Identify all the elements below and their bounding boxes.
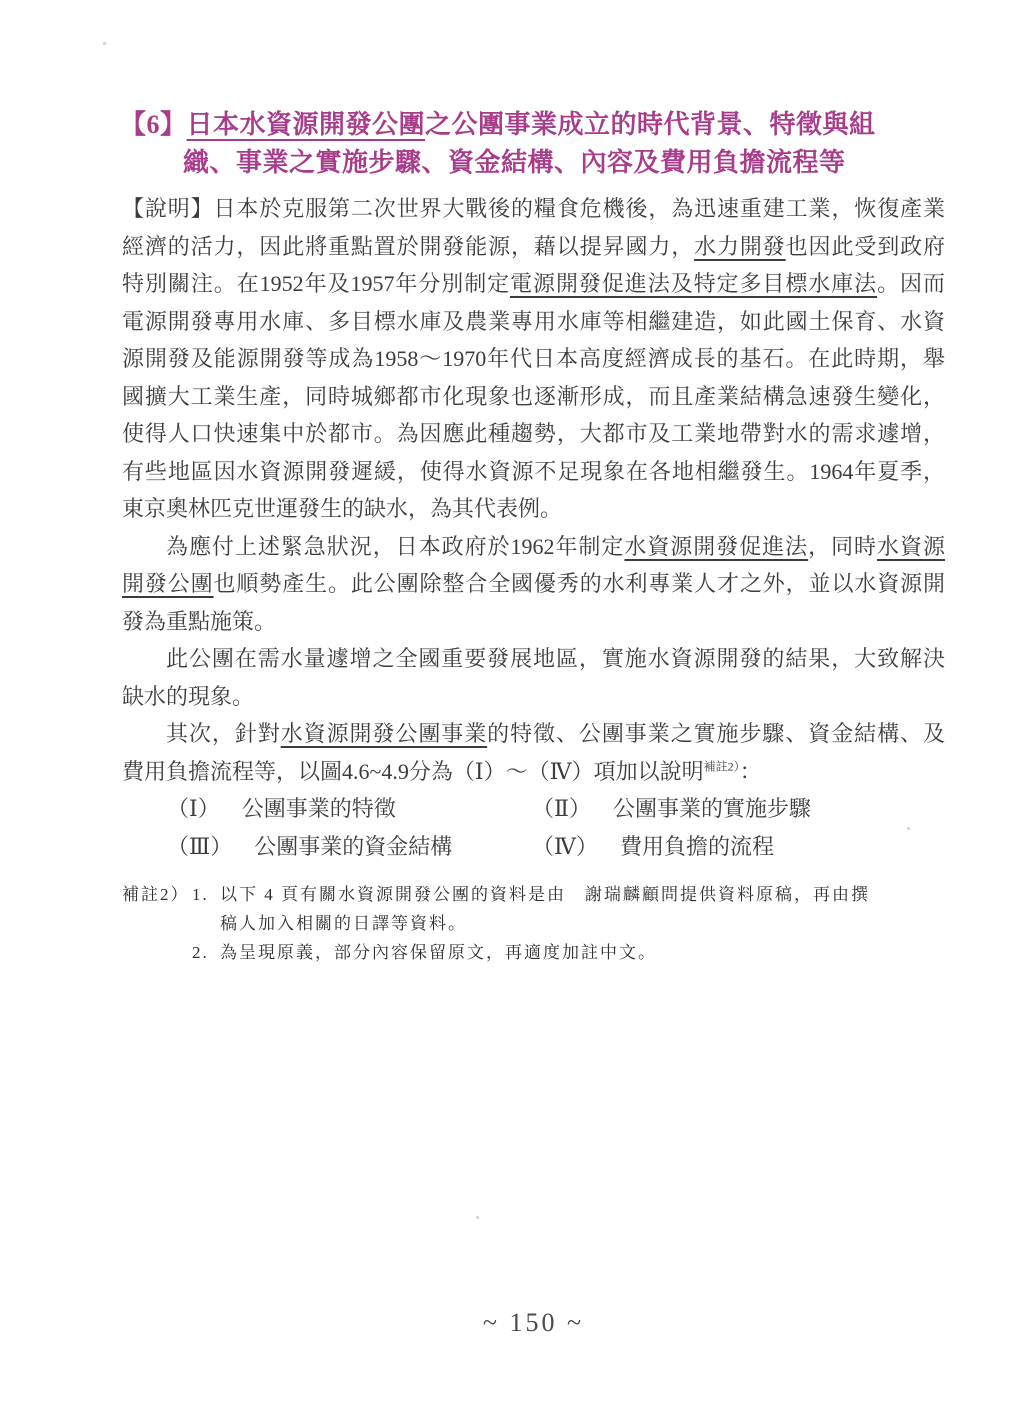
text-segment: 發為重點施策。 [122, 609, 276, 634]
text-segment: 缺水的現象。 [122, 684, 254, 709]
text-line: 東京奧林匹克世運發生的缺水，為其代表例。 [122, 490, 945, 528]
text-line: 有些地區因水資源開發遲緩，使得水資源不足現象在各地相繼發生。1964年夏季， [122, 453, 945, 491]
text-line: 【說明】日本於克服第二次世界大戰後的糧食危機後，為迅速重建工業，恢復產業 [122, 190, 945, 228]
text-line: 費用負擔流程等，以圖4.6~4.9分為（Ⅰ）～（Ⅳ）項加以說明補註2）： [122, 753, 945, 791]
footnote-item: 2. 為呈現原義，部分內容保留原文，再適度加註中文。 [192, 938, 962, 967]
text-line: 特別關注。在1952年及1957年分別制定電源開發促進法及特定多目標水庫法。因而 [122, 265, 945, 303]
footnote-line: 為呈現原義，部分內容保留原文，再適度加註中文。 [220, 938, 962, 967]
footnote-item-number: 2. [192, 938, 220, 967]
footnote-item: 1. 以下 4 頁有關水資源開發公團的資料是由 謝瑞麟顧問提供資料原稿，再由撰 … [192, 880, 962, 938]
document-page: 【6】日本水資源開發公團之公團事業成立的時代背景、特徵與組 織、事業之實施步驟、… [0, 0, 1024, 1421]
text-line: 此公團在需水量遽增之全國重要發展地區，實施水資源開發的結果，大致解決 [122, 640, 945, 678]
text-segment: 織、事業之實施步驟、資金結構、內容及費用負擔流程等 [183, 148, 846, 177]
underlined-text: 水資源開發促進法 [624, 534, 808, 559]
text-line: 發為重點施策。 [122, 603, 945, 641]
section-title-line1: 【6】日本水資源開發公團之公團事業成立的時代背景、特徵與組 [120, 106, 922, 144]
underlined-text: 電源開發促進法及特定多目標水庫法 [510, 271, 877, 296]
footnote-line: 稿人加入相關的日譯等資料。 [220, 909, 962, 938]
text-segment: 有些地區因水資源開發遲緩，使得水資源不足現象在各地相繼發生。1964年夏季， [122, 459, 945, 484]
text-segment: 的特徵、公團事業之實施步驟、資金結構、及 [487, 721, 945, 746]
list-item-number: （Ⅱ） [532, 790, 591, 828]
footnote-item-number: 1. [192, 880, 220, 938]
list-item-label: 公團事業的特徵 [242, 790, 396, 828]
page-number: ~ 150 ~ [122, 1308, 945, 1338]
text-segment: 電源開發專用水庫、多目標水庫及農業專用水庫等相繼建造，如此國土保育、水資 [122, 309, 945, 334]
text-segment: 使得人口快速集中於都市。為因應此種趨勢，大都市及工業地帶對水的需求遽增， [122, 421, 945, 446]
list-item-number: （Ⅲ） [167, 828, 232, 866]
text-line: 電源開發專用水庫、多目標水庫及農業專用水庫等相繼建造，如此國土保育、水資 [122, 303, 945, 341]
text-line: 國擴大工業生產，同時城鄉都市化現象也逐漸形成，而且產業結構急速發生變化， [122, 378, 945, 416]
underlined-text: 水資源 [877, 534, 945, 559]
scan-speck [476, 1216, 479, 1219]
text-segment: 為應付上述緊急狀況，日本政府於1962年制定 [166, 534, 624, 559]
list-item-number: （Ⅳ） [532, 828, 598, 866]
text-segment: 【說明】日本於克服第二次世界大戰後的糧食危機後，為迅速重建工業，恢復產業 [122, 196, 945, 221]
text-segment: 費用負擔流程等，以圖4.6~4.9分為（Ⅰ）～（Ⅳ）項加以說明 [122, 759, 704, 784]
text-line: 使得人口快速集中於都市。為因應此種趨勢，大都市及工業地帶對水的需求遽增， [122, 415, 945, 453]
text-segment: 此公團在需水量遽增之全國重要發展地區，實施水資源開發的結果，大致解決 [166, 646, 945, 671]
list-item-number: （Ⅰ） [167, 790, 220, 828]
text-segment: 。因而 [877, 271, 945, 296]
footnote-items: 1. 以下 4 頁有關水資源開發公團的資料是由 謝瑞麟顧問提供資料原稿，再由撰 … [192, 880, 962, 967]
text-segment: 經濟的活力，因此將重點置於開發能源，藉以提昇國力， [122, 234, 694, 259]
text-segment: 源開發及能源開發等成為1958～1970年代日本高度經濟成長的基石。在此時期，舉 [122, 346, 945, 371]
underlined-text: 開發公團 [122, 571, 214, 596]
footnote-item-text: 為呈現原義，部分內容保留原文，再適度加註中文。 [220, 938, 962, 967]
text-segment: 【6】 [120, 110, 187, 139]
list-item-label: 公團事業的資金結構 [254, 828, 452, 866]
underlined-text: 水力開發 [694, 234, 786, 259]
text-segment: 之公團事業成立的時代背景、特徵與組 [425, 110, 876, 139]
text-line: 源開發及能源開發等成為1958～1970年代日本高度經濟成長的基石。在此時期，舉 [122, 340, 945, 378]
text-segment: 特別關注。在1952年及1957年分別制定 [122, 271, 510, 296]
text-line: 為應付上述緊急狀況，日本政府於1962年制定水資源開發促進法，同時水資源 [122, 528, 945, 566]
footnote-ref: 補註2） [704, 759, 740, 773]
text-segment: 東京奧林匹克世運發生的缺水，為其代表例。 [122, 496, 562, 521]
list-item: （Ⅲ） 公團事業的資金結構 [167, 828, 532, 866]
list-item-label: 公團事業的實施步驟 [613, 790, 811, 828]
text-segment: ： [740, 759, 762, 784]
list-item-label: 費用負擔的流程 [620, 828, 774, 866]
text-segment: 也順勢產生。此公團除整合全國優秀的水利專業人才之外，並以水資源開 [214, 571, 945, 596]
section-title: 【6】日本水資源開發公團之公團事業成立的時代背景、特徵與組 織、事業之實施步驟、… [120, 106, 922, 182]
footnote-item-text: 以下 4 頁有關水資源開發公團的資料是由 謝瑞麟顧問提供資料原稿，再由撰 稿人加… [220, 880, 962, 938]
text-line: 缺水的現象。 [122, 678, 945, 716]
text-segment: 也因此受到政府 [786, 234, 945, 259]
section-title-line2: 織、事業之實施步驟、資金結構、內容及費用負擔流程等 [120, 144, 922, 182]
text-line: 其次，針對水資源開發公團事業的特徵、公團事業之實施步驟、資金結構、及 [122, 715, 945, 753]
text-segment: ，同時 [808, 534, 877, 559]
footnote-line: 以下 4 頁有關水資源開發公團的資料是由 謝瑞麟顧問提供資料原稿，再由撰 [220, 880, 962, 909]
text-line: 開發公團也順勢產生。此公團除整合全國優秀的水利專業人才之外，並以水資源開 [122, 565, 945, 603]
list-row: （Ⅰ） 公團事業的特徵 （Ⅱ） 公團事業的實施步驟 [122, 790, 945, 828]
underlined-text: 水資源開發公團事業 [281, 721, 487, 746]
text-segment: 其次，針對 [166, 721, 281, 746]
scan-speck [103, 42, 106, 45]
underlined-text: 日本水資源開發公團 [187, 110, 426, 139]
text-segment: 國擴大工業生產，同時城鄉都市化現象也逐漸形成，而且產業結構急速發生變化， [122, 384, 945, 409]
list-item: （Ⅳ） 費用負擔的流程 [532, 828, 945, 866]
footnote: 補註2） 1. 以下 4 頁有關水資源開發公團的資料是由 謝瑞麟顧問提供資料原稿… [122, 880, 962, 967]
footnote-label: 補註2） [122, 880, 192, 967]
list-item: （Ⅱ） 公團事業的實施步驟 [532, 790, 945, 828]
paragraphs: 【說明】日本於克服第二次世界大戰後的糧食危機後，為迅速重建工業，恢復產業經濟的活… [122, 190, 945, 790]
body-text: 【說明】日本於克服第二次世界大戰後的糧食危機後，為迅速重建工業，恢復產業經濟的活… [122, 190, 945, 865]
text-line: 經濟的活力，因此將重點置於開發能源，藉以提昇國力，水力開發也因此受到政府 [122, 228, 945, 266]
list-item: （Ⅰ） 公團事業的特徵 [167, 790, 532, 828]
list-row: （Ⅲ） 公團事業的資金結構 （Ⅳ） 費用負擔的流程 [122, 828, 945, 866]
